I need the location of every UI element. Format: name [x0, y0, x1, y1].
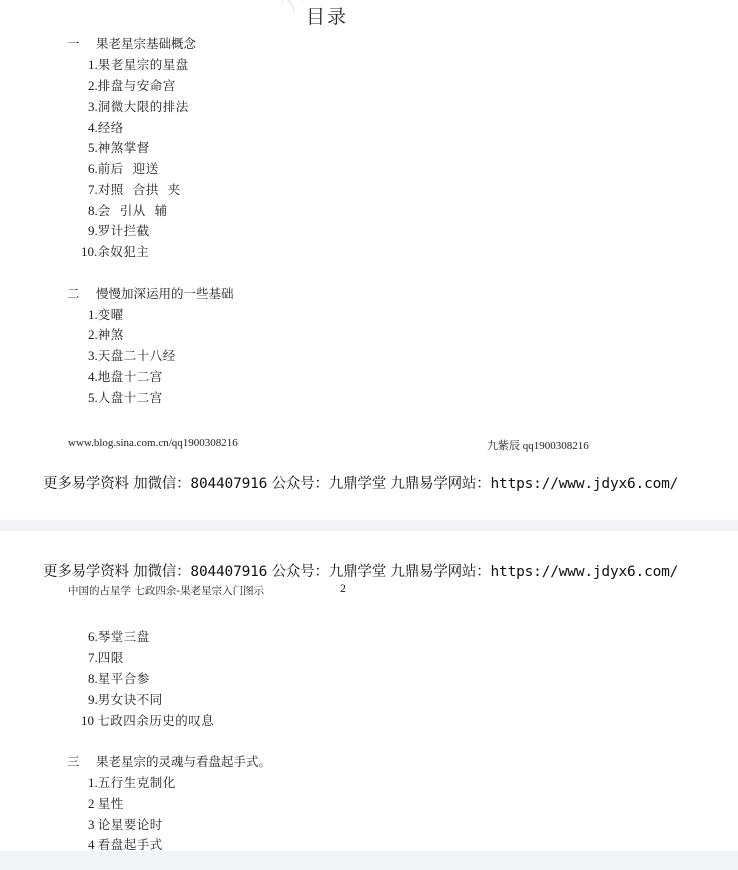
item-index: 1. — [88, 775, 98, 790]
section-title: 慢慢加深运用的一些基础 — [96, 286, 234, 301]
item-label: 星平合参 — [98, 671, 150, 686]
toc-item[interactable]: 7.对照 合拱 夹 — [88, 179, 181, 200]
item-index: 1. — [88, 307, 98, 322]
item-label: 排盘与安命宫 — [98, 78, 176, 93]
item-index: 10 — [81, 713, 97, 728]
promo-banner: 更多易学资料 加微信：804407916 公众号：九鼎学堂 九鼎易学网站：htt… — [43, 560, 678, 581]
item-label: 七政四余历史的叹息 — [97, 713, 214, 728]
toc-item[interactable]: 1.变曜 — [88, 304, 124, 325]
promo-text-mid: 公众号：九鼎学堂 九鼎易学网站： — [267, 476, 490, 492]
toc-item[interactable]: 2 星性 — [88, 793, 124, 814]
promo-url-link[interactable]: https://www.jdyx6.com/ — [491, 564, 679, 580]
item-index: 2 — [88, 796, 98, 811]
item-label: 对照 合拱 夹 — [98, 182, 181, 197]
toc-item[interactable]: 7.四限 — [88, 647, 124, 668]
toc-item[interactable]: 3 论星要论时 — [88, 814, 163, 835]
item-index: 7. — [88, 182, 98, 197]
toc-section-heading[interactable]: 一果老星宗基础概念 — [67, 33, 196, 54]
toc-item[interactable]: 3.天盘二十八经 — [88, 345, 176, 366]
toc-item[interactable]: 5.人盘十二宫 — [88, 387, 163, 408]
item-index: 8. — [88, 203, 98, 218]
toc-item[interactable]: 4 看盘起手式 — [88, 834, 163, 851]
item-label: 人盘十二宫 — [98, 390, 163, 405]
section-number: 一 — [67, 33, 96, 54]
toc-item[interactable]: 2.神煞 — [88, 324, 124, 345]
item-index: 1. — [88, 57, 98, 72]
item-index: 3 — [88, 817, 98, 832]
item-index: 5. — [88, 390, 98, 405]
toc-item[interactable]: 6.前后 迎送 — [88, 158, 159, 179]
promo-wechat: 804407916 — [190, 476, 267, 492]
section-title: 果老星宗基础概念 — [96, 36, 196, 51]
toc-item[interactable]: 9.罗计拦截 — [88, 220, 150, 241]
page-separator — [0, 520, 738, 531]
section-title: 果老星宗的灵魂与看盘起手式。 — [96, 754, 271, 769]
item-label: 洞微大限的排法 — [98, 99, 189, 114]
item-label: 罗计拦截 — [98, 223, 150, 238]
item-index: 5. — [88, 140, 98, 155]
toc-title: 目录 — [306, 2, 348, 29]
item-label: 四限 — [98, 650, 124, 665]
item-label: 地盘十二宫 — [98, 369, 163, 384]
item-label: 神煞 — [98, 327, 124, 342]
promo-text: 更多易学资料 加微信： — [43, 564, 190, 580]
toc-item[interactable]: 2.排盘与安命宫 — [88, 75, 176, 96]
item-label: 果老星宗的星盘 — [98, 57, 189, 72]
toc-item[interactable]: 3.洞微大限的排法 — [88, 96, 189, 117]
running-header: 中国的占星学 七政四余-果老星宗入门图示 — [68, 583, 264, 598]
item-label: 论星要论时 — [98, 817, 163, 832]
toc-item[interactable]: 9.男女诀不同 — [88, 689, 163, 710]
item-index: 8. — [88, 671, 98, 686]
toc-item[interactable]: 6.琴堂三盘 — [88, 626, 150, 647]
item-label: 五行生克制化 — [98, 775, 176, 790]
promo-url-link[interactable]: https://www.jdyx6.com/ — [491, 476, 679, 492]
section-number: 二 — [67, 283, 96, 304]
item-label: 男女诀不同 — [98, 692, 163, 707]
toc-section-heading[interactable]: 二慢慢加深运用的一些基础 — [67, 283, 234, 304]
toc-item[interactable]: 10 七政四余历史的叹息 — [81, 710, 214, 731]
item-index: 6. — [88, 629, 98, 644]
document-page-1: 九紫 目录 一果老星宗基础概念 1.果老星宗的星盘 2.排盘与安命宫 3.洞微大… — [0, 0, 738, 520]
toc-item[interactable]: 4.地盘十二宫 — [88, 366, 163, 387]
page-number: 2 — [340, 581, 346, 596]
toc-section-heading[interactable]: 三果老星宗的灵魂与看盘起手式。 — [67, 751, 271, 772]
footer-blog-url: www.blog.sina.com.cn/qq1900308216 — [68, 437, 238, 449]
item-index: 3. — [88, 348, 98, 363]
toc-item[interactable]: 8.星平合参 — [88, 668, 150, 689]
item-label: 天盘二十八经 — [98, 348, 176, 363]
item-index: 4. — [88, 120, 98, 135]
toc-item[interactable]: 1.五行生克制化 — [88, 772, 176, 793]
item-label: 前后 迎送 — [98, 161, 159, 176]
item-label: 看盘起手式 — [98, 837, 163, 851]
item-index: 7. — [88, 650, 98, 665]
item-index: 2. — [88, 327, 98, 342]
promo-wechat: 804407916 — [190, 564, 267, 580]
item-label: 星性 — [98, 796, 124, 811]
item-index: 2. — [88, 78, 98, 93]
item-label: 经络 — [98, 120, 124, 135]
promo-banner: 更多易学资料 加微信：804407916 公众号：九鼎学堂 九鼎易学网站：htt… — [43, 472, 678, 493]
toc-item[interactable]: 4.经络 — [88, 117, 124, 138]
item-label: 变曜 — [98, 307, 124, 322]
item-index: 9. — [88, 223, 98, 238]
page-separator — [0, 851, 738, 870]
item-label: 神煞掌督 — [98, 140, 150, 155]
promo-text-mid: 公众号：九鼎学堂 九鼎易学网站： — [267, 564, 490, 580]
document-page-2: 更多易学资料 加微信：804407916 公众号：九鼎学堂 九鼎易学网站：htt… — [0, 531, 738, 851]
promo-text: 更多易学资料 加微信： — [43, 476, 190, 492]
toc-item[interactable]: 1.果老星宗的星盘 — [88, 54, 189, 75]
toc-item[interactable]: 10.余奴犯主 — [81, 241, 149, 262]
item-index: 10. — [81, 244, 97, 259]
item-label: 琴堂三盘 — [98, 629, 150, 644]
item-index: 9. — [88, 692, 98, 707]
item-label: 余奴犯主 — [97, 244, 149, 259]
item-index: 4. — [88, 369, 98, 384]
section-number: 三 — [67, 751, 96, 772]
item-index: 3. — [88, 99, 98, 114]
toc-item[interactable]: 8.会 引从 辅 — [88, 200, 168, 221]
item-label: 会 引从 辅 — [98, 203, 168, 218]
item-index: 6. — [88, 161, 98, 176]
footer-author: 九紫辰 qq1900308216 — [487, 437, 589, 453]
item-index: 4 — [88, 837, 98, 851]
toc-item[interactable]: 5.神煞掌督 — [88, 137, 150, 158]
